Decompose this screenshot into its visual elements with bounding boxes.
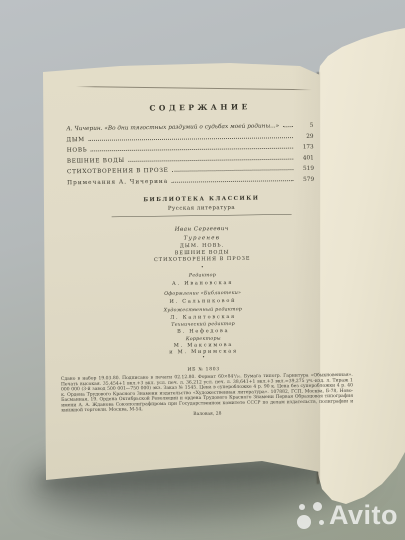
toc-page-number: 401 — [297, 154, 314, 161]
credit-name: А. Ивановская — [53, 278, 353, 288]
toc-page-number: 173 — [297, 143, 314, 150]
toc-title: Примечания А. Чичерина — [67, 177, 168, 185]
toc-page-number: 519 — [297, 164, 314, 171]
page-text-block: СОДЕРЖАНИЕ А. Чичерин. «Во дни тягостных… — [50, 98, 355, 432]
dot-leader — [88, 137, 293, 141]
imprint-block: Сдано в набор 19.03.80. Подписано в печа… — [61, 372, 354, 418]
toc-title: ДЫМ — [66, 135, 84, 142]
table-of-contents: А. Чичерин. «Во дни тягостных раздумий о… — [50, 121, 351, 190]
divider-rule — [112, 214, 292, 217]
dot-leader — [172, 169, 293, 172]
contents-heading: СОДЕРЖАНИЕ — [50, 101, 350, 114]
dot-leader — [128, 158, 293, 161]
avito-logo-dot — [313, 502, 322, 511]
imprint-text: Сдано в набор 19.03.80. Подписано в печа… — [61, 372, 353, 413]
dot-leader — [283, 126, 293, 127]
toc-title: НОВЬ — [67, 146, 88, 153]
avito-logo-dot — [299, 504, 305, 510]
avito-watermark-text: Avito — [329, 502, 398, 529]
dot-leader — [172, 180, 294, 183]
toc-page-number: 5 — [296, 121, 313, 128]
toc-title: А. Чичерин. «Во дни тягостных раздумий о… — [66, 122, 279, 132]
dot-leader — [91, 148, 293, 152]
photo-scene: СОДЕРЖАНИЕ А. Чичерин. «Во дни тягостных… — [0, 0, 405, 540]
avito-logo-dot — [319, 520, 324, 525]
toc-title: ВЕШНИЕ ВОДЫ — [67, 156, 125, 164]
avito-logo-dot — [297, 515, 311, 529]
avito-logo-icon — [297, 502, 324, 529]
toc-page-number: 29 — [296, 132, 313, 139]
series-subtitle: Русская литература — [51, 202, 351, 213]
toc-page-number: 579 — [297, 175, 314, 182]
toc-title: СТИХОТВОРЕНИЯ В ПРОЗЕ — [67, 166, 169, 174]
avito-watermark: Avito — [297, 502, 398, 529]
